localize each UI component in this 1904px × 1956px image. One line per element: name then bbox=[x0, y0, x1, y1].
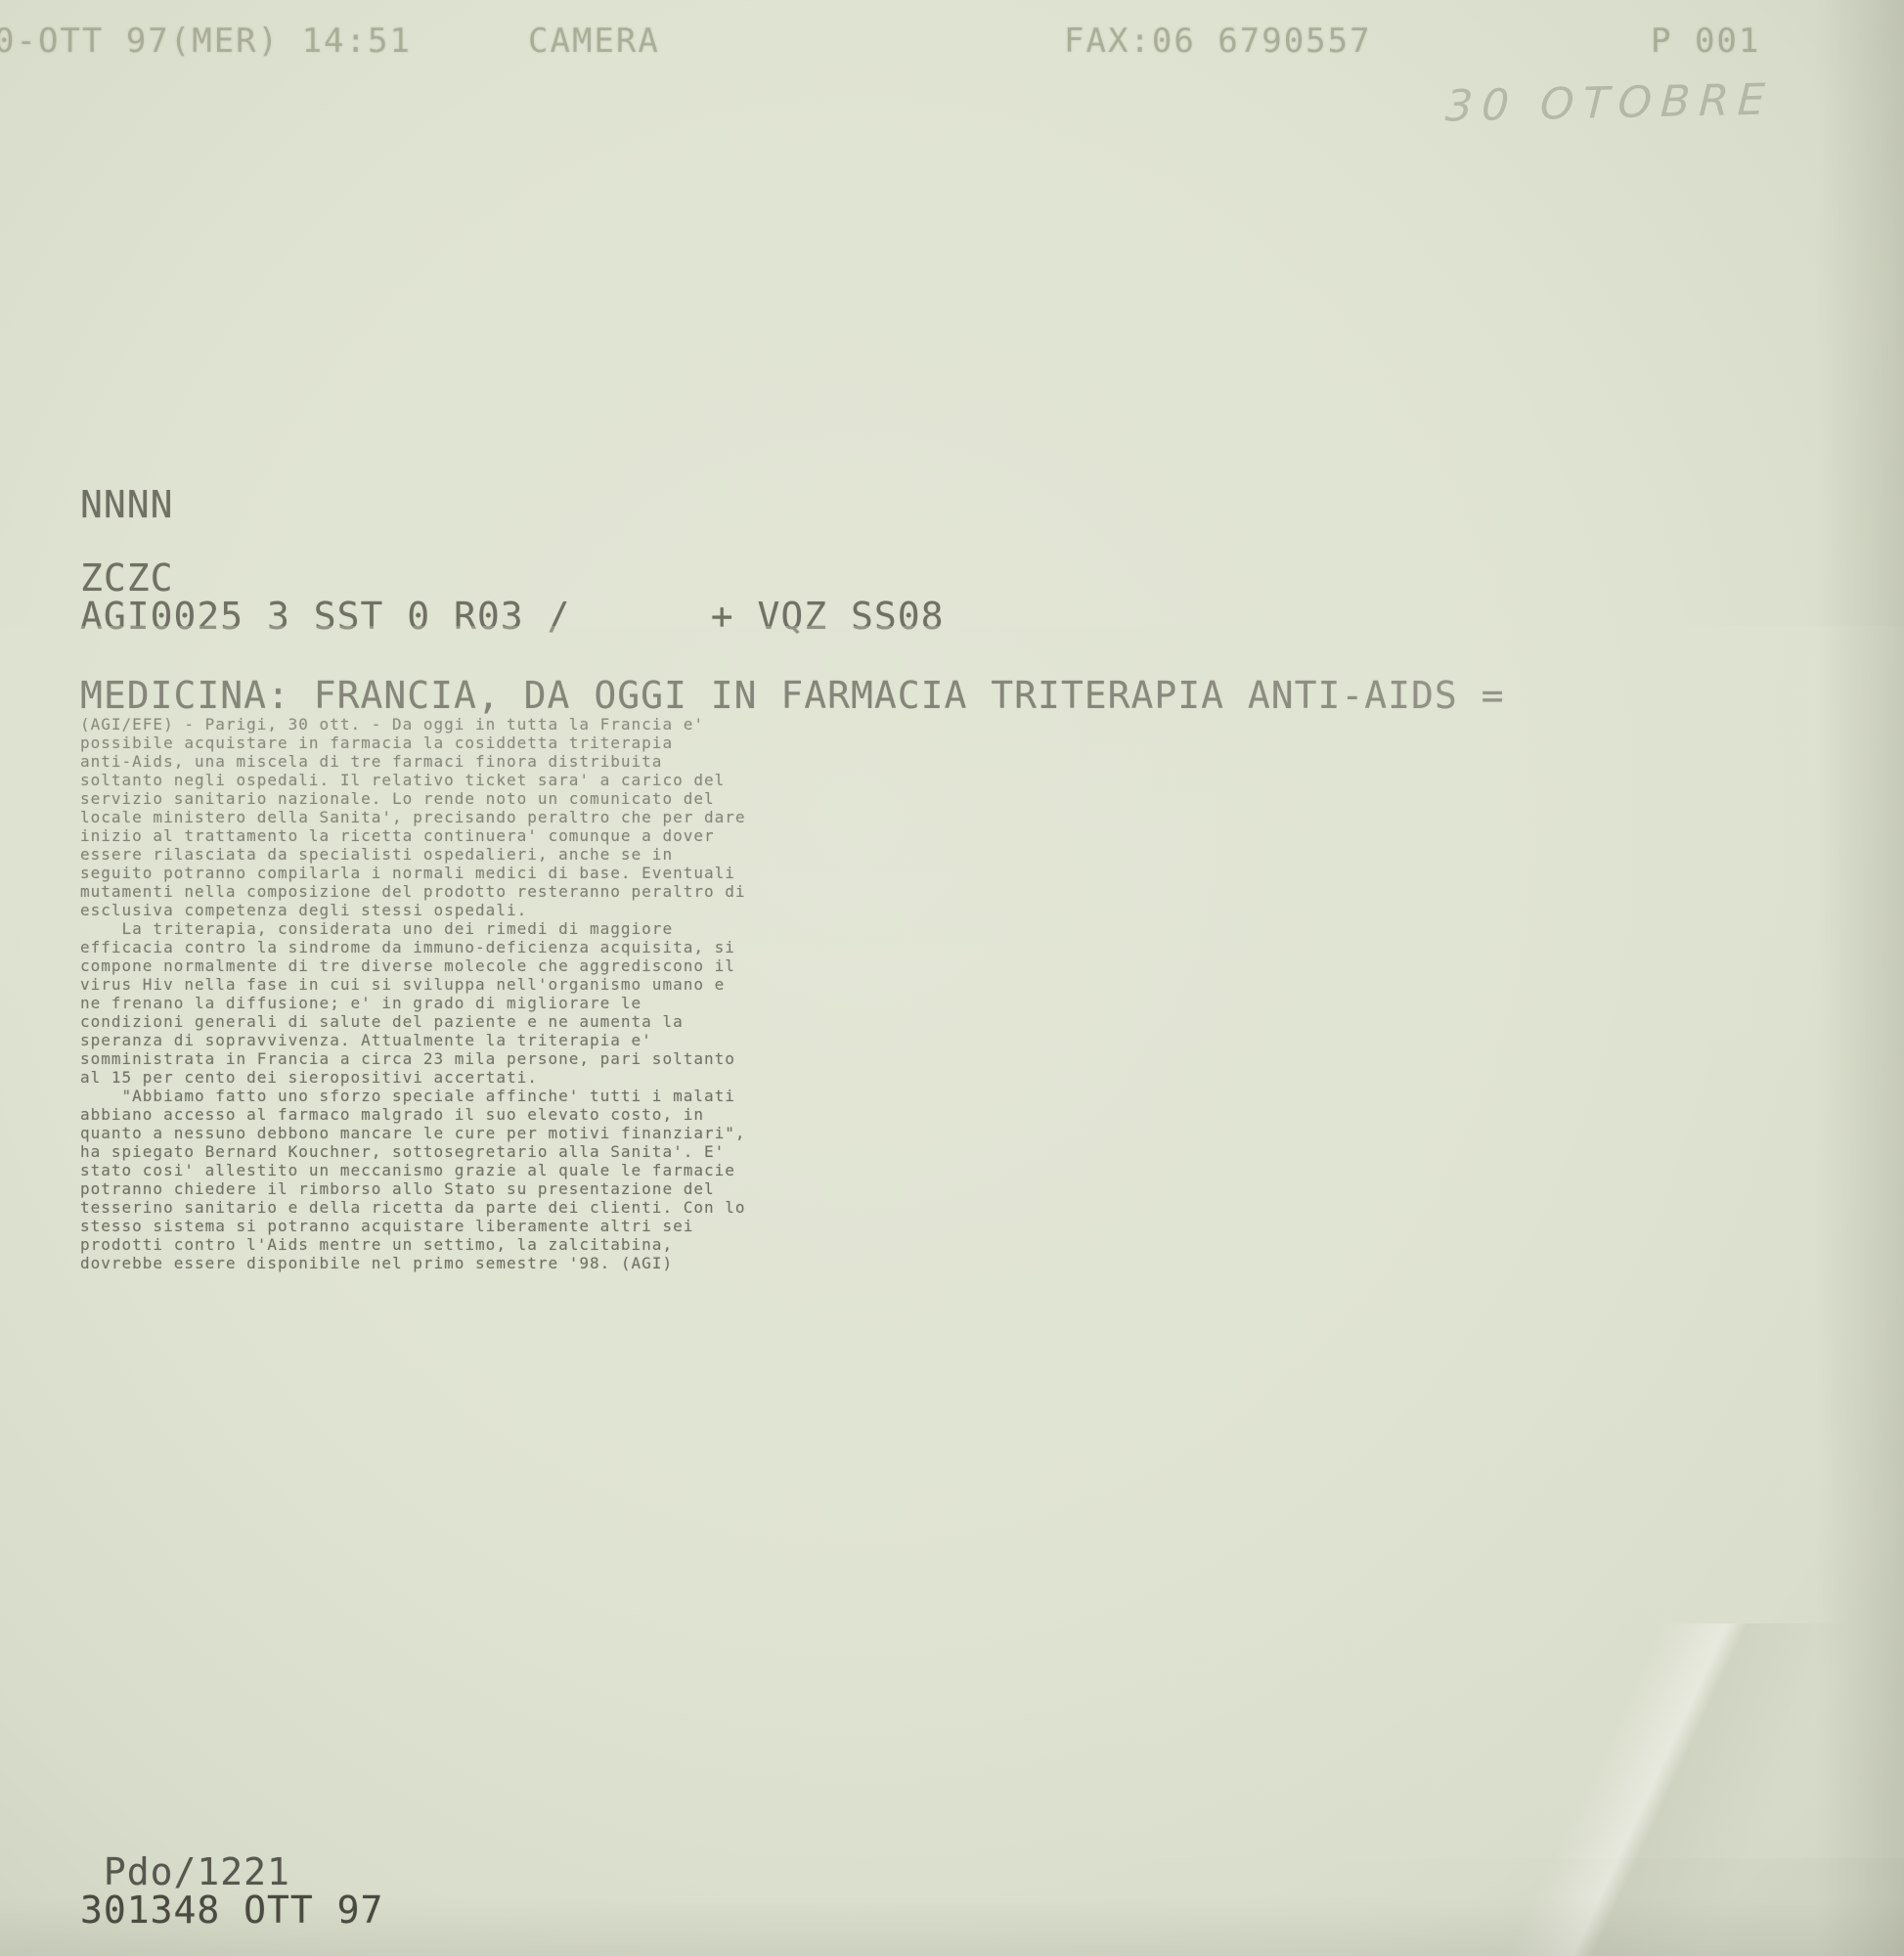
article-headline: MEDICINA: FRANCIA, DA OGGI IN FARMACIA T… bbox=[80, 677, 1505, 715]
paper-crease bbox=[1395, 1623, 1904, 1956]
telex-signoff: Pdo/1221 bbox=[80, 1853, 290, 1891]
telex-end-marker: NNNN bbox=[80, 486, 174, 524]
telex-start-marker: ZCZC bbox=[80, 559, 174, 598]
telex-routing-line: AGI0025 3 SST 0 R03 / + VQZ SS08 bbox=[80, 598, 944, 636]
fax-header-page-number: P 001 bbox=[1651, 22, 1760, 61]
fax-header-datetime: 0-OTT 97(MER) 14:51 bbox=[0, 22, 412, 61]
ribbon-fade-right bbox=[1047, 626, 1904, 1858]
paper-shade-right bbox=[1816, 0, 1904, 1956]
telex-timestamp: 301348 OTT 97 bbox=[80, 1891, 383, 1930]
fax-page: 0-OTT 97(MER) 14:51 CAMERA FAX:06 679055… bbox=[0, 0, 1904, 1956]
fax-header-sender: CAMERA bbox=[528, 22, 660, 61]
handwritten-date-note: 30 OTOBRE bbox=[1444, 74, 1775, 131]
fax-header-fax-number: FAX:06 6790557 bbox=[1064, 22, 1372, 61]
article-body: (AGI/EFE) - Parigi, 30 ott. - Da oggi in… bbox=[80, 715, 746, 1272]
